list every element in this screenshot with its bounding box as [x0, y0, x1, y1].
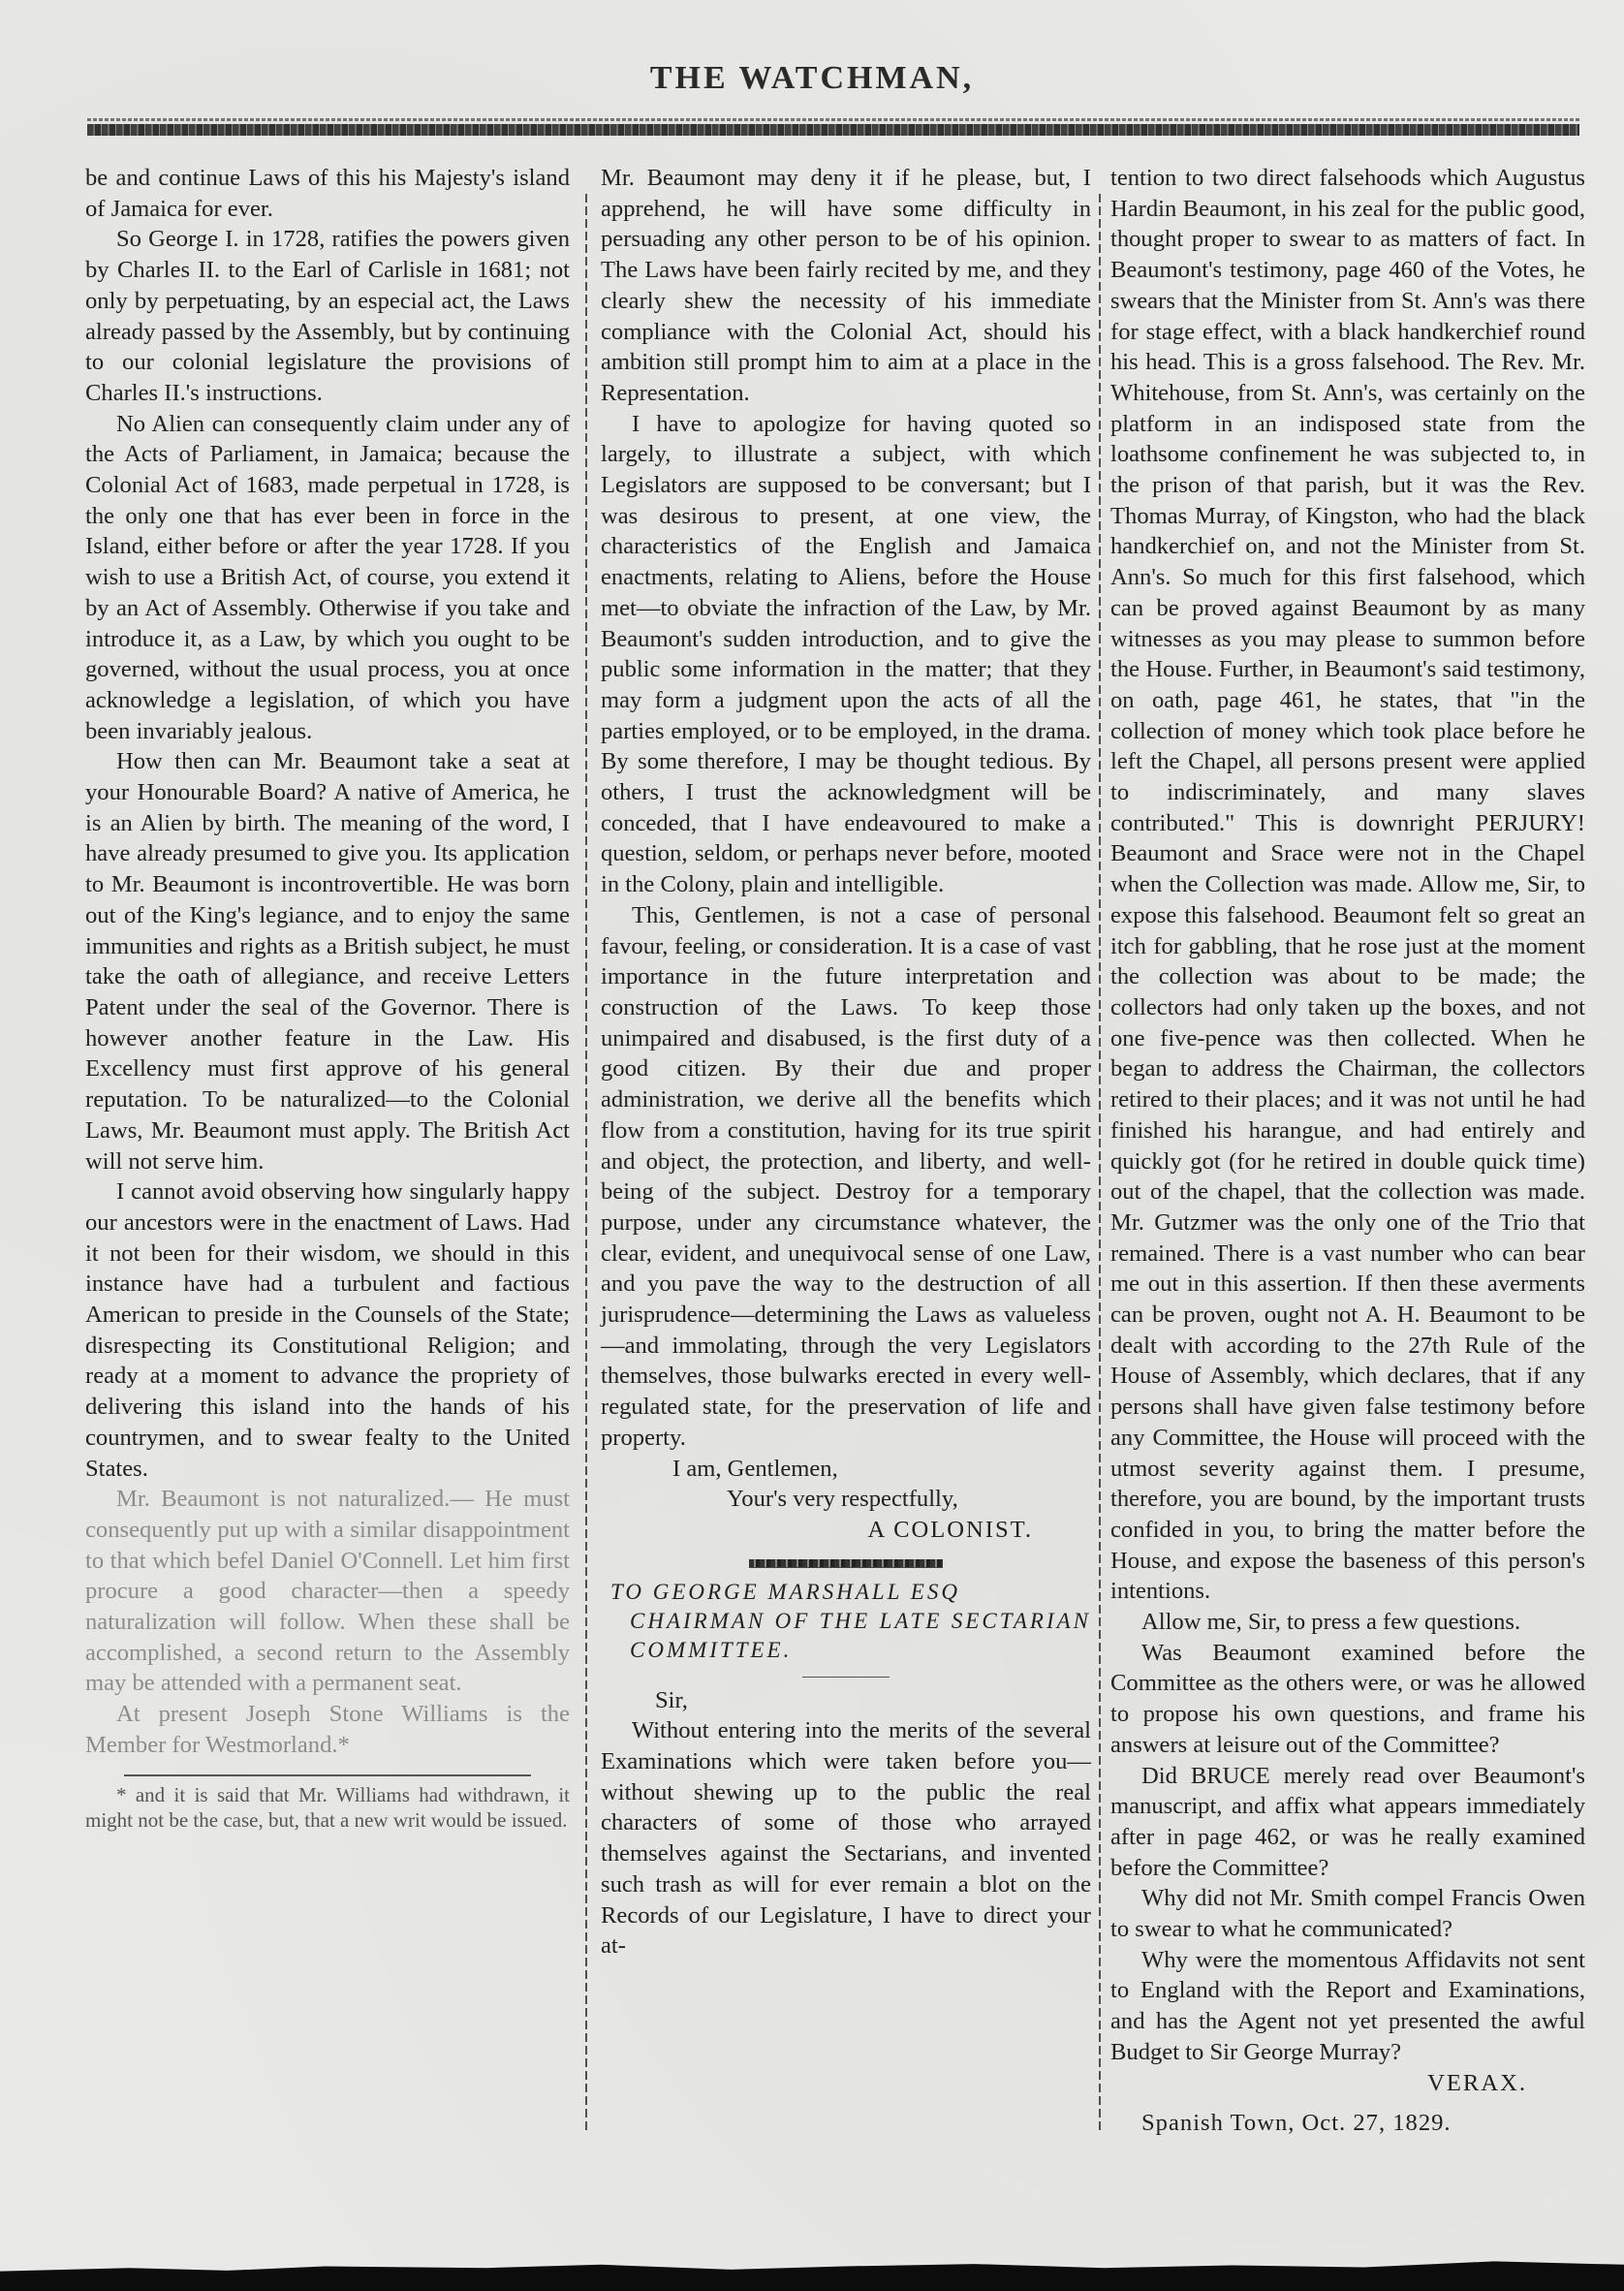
paragraph: No Alien can consequently claim under an… [85, 409, 570, 747]
paragraph-faded: Mr. Beaumont is not naturalized.— He mus… [85, 1484, 570, 1699]
paragraph: I cannot avoid observing how singularly … [85, 1177, 570, 1484]
footnote: * and it is said that Mr. Williams had w… [85, 1782, 570, 1833]
paragraph: Was Beaumont examined before the Committ… [1110, 1638, 1585, 1761]
column-divider-1 [585, 194, 587, 2132]
footnote-rule [124, 1774, 531, 1776]
newspaper-page: THE WATCHMAN, be and continue Laws of th… [0, 0, 1624, 2291]
paragraph: tention to two direct falsehoods which A… [1110, 163, 1585, 1607]
column-3: tention to two direct falsehoods which A… [1110, 163, 1585, 2139]
paragraph: How then can Mr. Beaumont take a seat at… [85, 746, 570, 1177]
dateline: Spanish Town, Oct. 27, 1829. [1110, 2108, 1585, 2139]
letter-salutation: Sir, [601, 1685, 1091, 1716]
paragraph: be and continue Laws of this his Majesty… [85, 163, 570, 224]
letter-signature: VERAX. [1110, 2068, 1585, 2099]
letter-heading: TO GEORGE MARSHALL ESQ CHAIRMAN OF THE L… [601, 1578, 1091, 1665]
masthead-rule-thin [87, 118, 1579, 121]
masthead-rule-ornamental [87, 124, 1579, 136]
paragraph: This, Gentlemen, is not a case of person… [601, 900, 1091, 1454]
paragraph: Without entering into the merits of the … [601, 1715, 1091, 1961]
letter-heading-line-1: TO GEORGE MARSHALL ESQ [610, 1578, 1091, 1607]
letter-closing: I am, Gentlemen, [601, 1454, 1091, 1485]
paragraph: Did BRUCE merely read over Beaumont's ma… [1110, 1761, 1585, 1884]
paragraph: I have to apologize for having quoted so… [601, 409, 1091, 900]
letter-closing-valediction: Your's very respectfully, [601, 1484, 1091, 1515]
masthead-title: THE WATCHMAN, [0, 60, 1624, 97]
letter-heading-line-2: CHAIRMAN OF THE LATE SECTARIAN COMMITTEE… [630, 1609, 1091, 1662]
paragraph-faded: At present Joseph Stone Williams is the … [85, 1699, 570, 1760]
paragraph: So George I. in 1728, ratifies the power… [85, 224, 570, 408]
paragraph: Mr. Beaumont may deny it if he please, b… [601, 163, 1091, 409]
paragraph: Why were the momentous Affidavits not se… [1110, 1945, 1585, 2068]
column-2: Mr. Beaumont may deny it if he please, b… [601, 163, 1091, 1961]
short-rule [802, 1677, 890, 1678]
paragraph: Why did not Mr. Smith compel Francis Owe… [1110, 1883, 1585, 1944]
section-ornament-divider [749, 1559, 943, 1568]
torn-page-edge [0, 2258, 1624, 2291]
paragraph: Allow me, Sir, to press a few questions. [1110, 1607, 1585, 1638]
letter-signature: A COLONIST. [601, 1515, 1091, 1546]
column-divider-2 [1099, 194, 1101, 2132]
column-1: be and continue Laws of this his Majesty… [85, 163, 570, 1833]
